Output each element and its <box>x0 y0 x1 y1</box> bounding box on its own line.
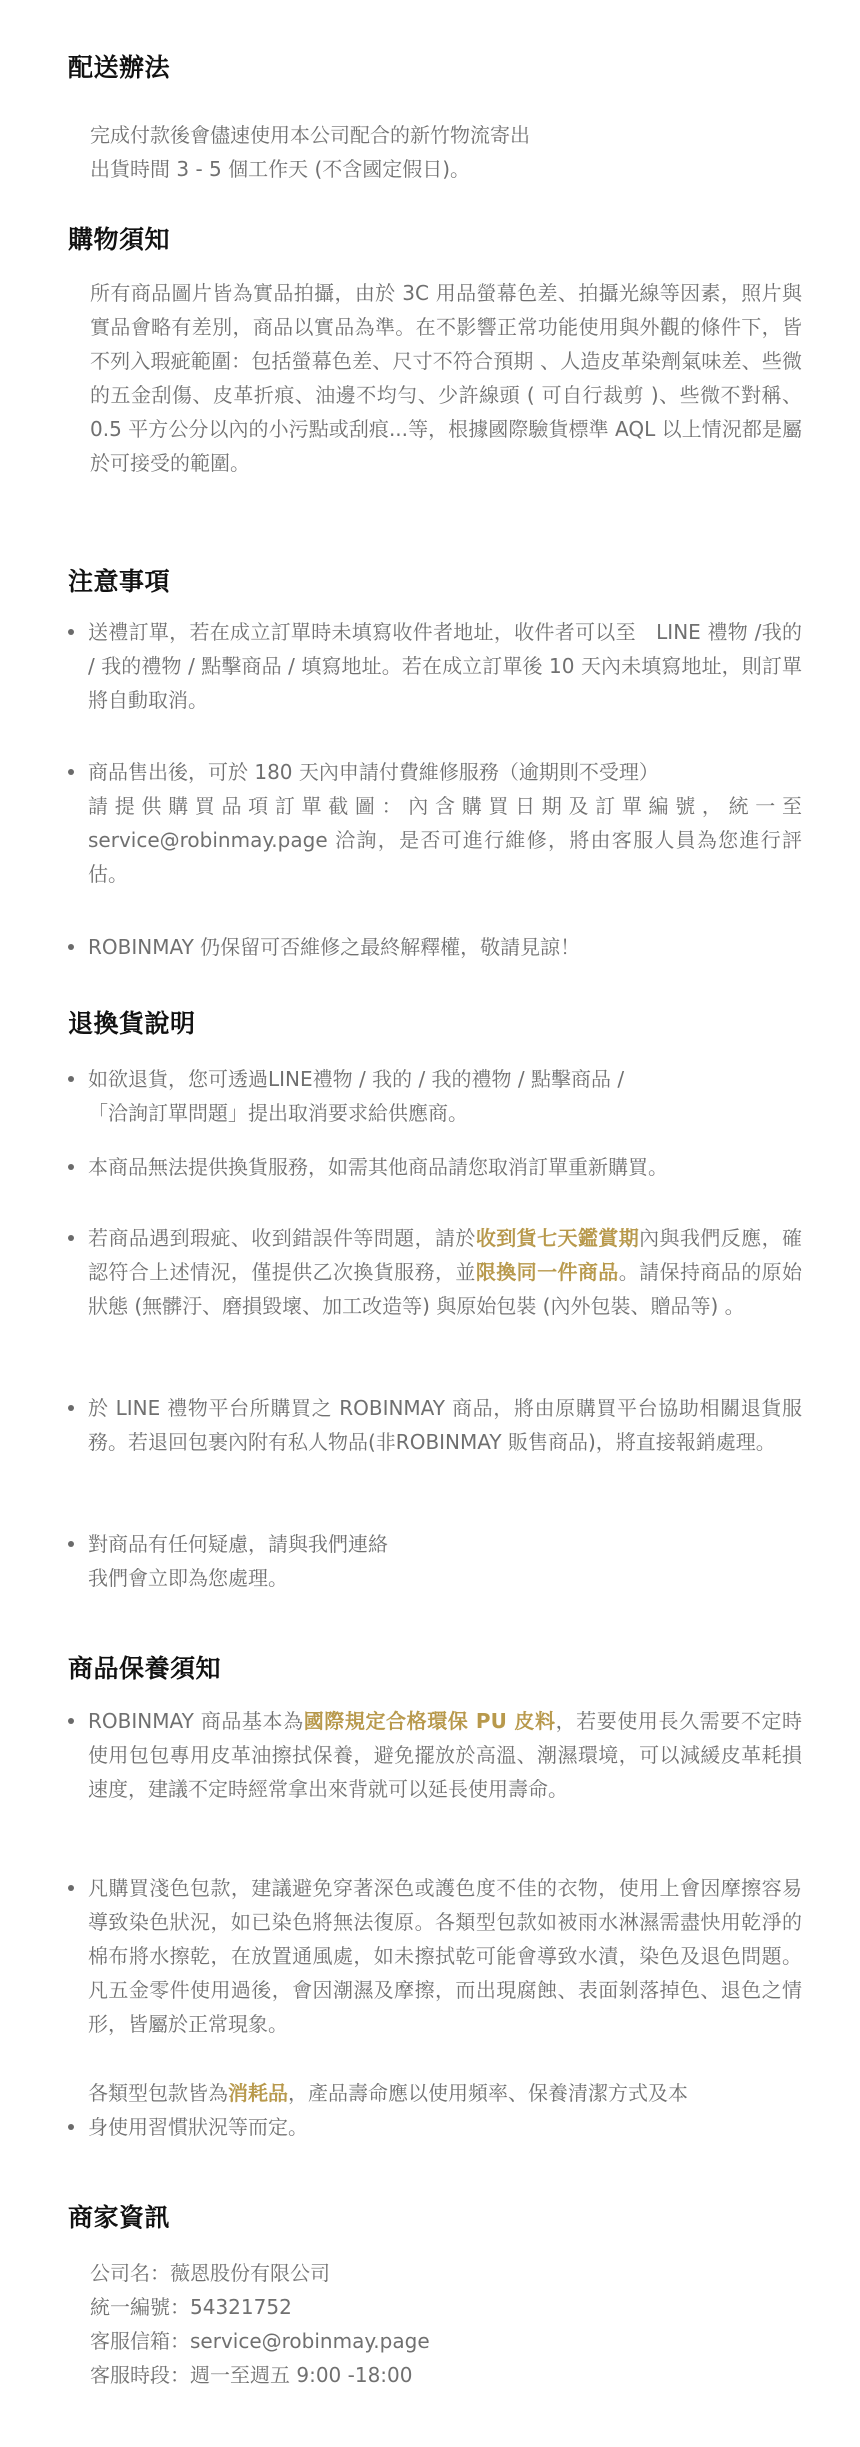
caution-item: 商品售出後，可於 180 天內申請付費維修服務（逾期則不受理） 請提供購買品項訂… <box>88 755 802 891</box>
care-text: ROBINMAY 商品基本為 <box>88 1709 304 1733</box>
care-text: 身使用習慣狀況等而定。 <box>88 2110 802 2144</box>
caution-item: ROBINMAY 仍保留可否維修之最終解釋權，敬請見諒！ <box>88 930 802 964</box>
return-item: 對商品有任何疑慮，請與我們連絡 我們會立即為您處理。 <box>88 1527 802 1595</box>
merchant-label: 客服時段： <box>90 2363 190 2387</box>
caution-text: 送禮訂單，若在成立訂單時未填寫收件者地址，收件者可以至 LINE 禮物 /我的 … <box>88 620 802 712</box>
section-title-shipping: 配送辦法 <box>68 52 170 84</box>
bullet-dot <box>68 944 74 950</box>
merchant-label: 統一編號： <box>90 2295 190 2319</box>
section-title-cautions: 注意事項 <box>68 566 170 598</box>
return-text: 若商品遇到瑕疵、收到錯誤件等問題，請於 <box>88 1226 476 1250</box>
merchant-info: 公司名：薇恩股份有限公司 統一編號：54321752 客服信箱：service@… <box>90 2256 802 2392</box>
care-text: 凡購買淺色包款，建議避免穿著深色或護色度不佳的衣物，使用上會因摩擦容易導致染色狀… <box>88 1876 802 2036</box>
bullet-dot <box>68 1076 74 1082</box>
section-title-merchant: 商家資訊 <box>68 2202 170 2234</box>
return-text: 對商品有任何疑慮，請與我們連絡 <box>88 1527 802 1561</box>
return-text: 我們會立即為您處理。 <box>88 1561 802 1595</box>
highlight-pu-leather: 國際規定合格環保 PU 皮料 <box>304 1709 556 1733</box>
section-title-returns: 退換貨說明 <box>68 1008 196 1040</box>
merchant-value: 薇恩股份有限公司 <box>170 2261 330 2285</box>
return-item: 本商品無法提供換貨服務，如需其他商品請您取消訂單重新購買。 <box>88 1150 802 1184</box>
care-item: ROBINMAY 商品基本為國際規定合格環保 PU 皮料，若要使用長久需要不定時… <box>88 1704 802 1806</box>
merchant-email-link[interactable]: service@robinmay.page <box>190 2329 430 2353</box>
bullet-dot <box>68 629 74 635</box>
bullet-dot <box>68 1718 74 1724</box>
bullet-dot <box>68 2124 74 2130</box>
return-item: 若商品遇到瑕疵、收到錯誤件等問題，請於收到貨七天鑑賞期內與我們反應，確認符合上述… <box>88 1221 802 1323</box>
bullet-dot <box>68 1405 74 1411</box>
return-text: 「洽詢訂單問題」提出取消要求給供應商。 <box>88 1096 802 1130</box>
bullet-dot <box>68 1235 74 1241</box>
care-item: 各類型包款皆為消耗品，產品壽命應以使用頻率、保養清潔方式及本 身使用習慣狀況等而… <box>88 2076 802 2144</box>
merchant-row-tax-id: 統一編號：54321752 <box>90 2290 802 2324</box>
merchant-label: 公司名： <box>90 2261 170 2285</box>
highlight-consumable: 消耗品 <box>228 2081 288 2105</box>
merchant-row-company: 公司名：薇恩股份有限公司 <box>90 2256 802 2290</box>
caution-text: 請提供購買品項訂單截圖：內含購買日期及訂單編號，統一至 service@robi… <box>88 789 802 891</box>
merchant-row-hours: 客服時段：週一至週五 9:00 -18:00 <box>90 2358 802 2392</box>
return-text: 本商品無法提供換貨服務，如需其他商品請您取消訂單重新購買。 <box>88 1155 668 1179</box>
return-item: 如欲退貨，您可透過LINE禮物 / 我的 / 我的禮物 / 點擊商品 / 「洽詢… <box>88 1062 802 1130</box>
bullet-dot <box>68 1164 74 1170</box>
care-text: 各類型包款皆為 <box>88 2081 228 2105</box>
return-item: 於 LINE 禮物平台所購買之 ROBINMAY 商品，將由原購買平台協助相關退… <box>88 1391 802 1459</box>
shopping-notice-text: 所有商品圖片皆為實品拍攝，由於 3C 用品螢幕色差、拍攝光線等因素，照片與實品會… <box>90 276 802 480</box>
caution-item: 送禮訂單，若在成立訂單時未填寫收件者地址，收件者可以至 LINE 禮物 /我的 … <box>88 615 802 717</box>
section-title-care: 商品保養須知 <box>68 1653 221 1685</box>
merchant-label: 客服信箱： <box>90 2329 190 2353</box>
shipping-line: 完成付款後會儘速使用本公司配合的新竹物流寄出 <box>90 118 802 152</box>
merchant-value: 54321752 <box>190 2295 292 2319</box>
caution-text: 商品售出後，可於 180 天內申請付費維修服務（逾期則不受理） <box>88 755 802 789</box>
merchant-row-email: 客服信箱：service@robinmay.page <box>90 2324 802 2358</box>
merchant-value: 週一至週五 9:00 -18:00 <box>190 2363 412 2387</box>
return-text: 如欲退貨，您可透過LINE禮物 / 我的 / 我的禮物 / 點擊商品 / <box>88 1062 802 1096</box>
shipping-text: 完成付款後會儘速使用本公司配合的新竹物流寄出 出貨時間 3 - 5 個工作天 (… <box>90 118 802 186</box>
return-text: 於 LINE 禮物平台所購買之 ROBINMAY 商品，將由原購買平台協助相關退… <box>88 1396 802 1454</box>
bullet-dot <box>68 1885 74 1891</box>
shipping-line: 出貨時間 3 - 5 個工作天 (不含國定假日)。 <box>90 152 802 186</box>
bullet-dot <box>68 1541 74 1547</box>
highlight-same-item-exchange: 限換同一件商品 <box>476 1260 619 1284</box>
care-text: ，產品壽命應以使用頻率、保養清潔方式及本 <box>288 2081 688 2105</box>
highlight-appreciation-period: 收到貨七天鑑賞期 <box>476 1226 639 1250</box>
care-item: 凡購買淺色包款，建議避免穿著深色或護色度不佳的衣物，使用上會因摩擦容易導致染色狀… <box>88 1871 802 2041</box>
bullet-dot <box>68 769 74 775</box>
caution-text: ROBINMAY 仍保留可否維修之最終解釋權，敬請見諒！ <box>88 935 580 959</box>
section-title-shopping-notice: 購物須知 <box>68 224 170 256</box>
